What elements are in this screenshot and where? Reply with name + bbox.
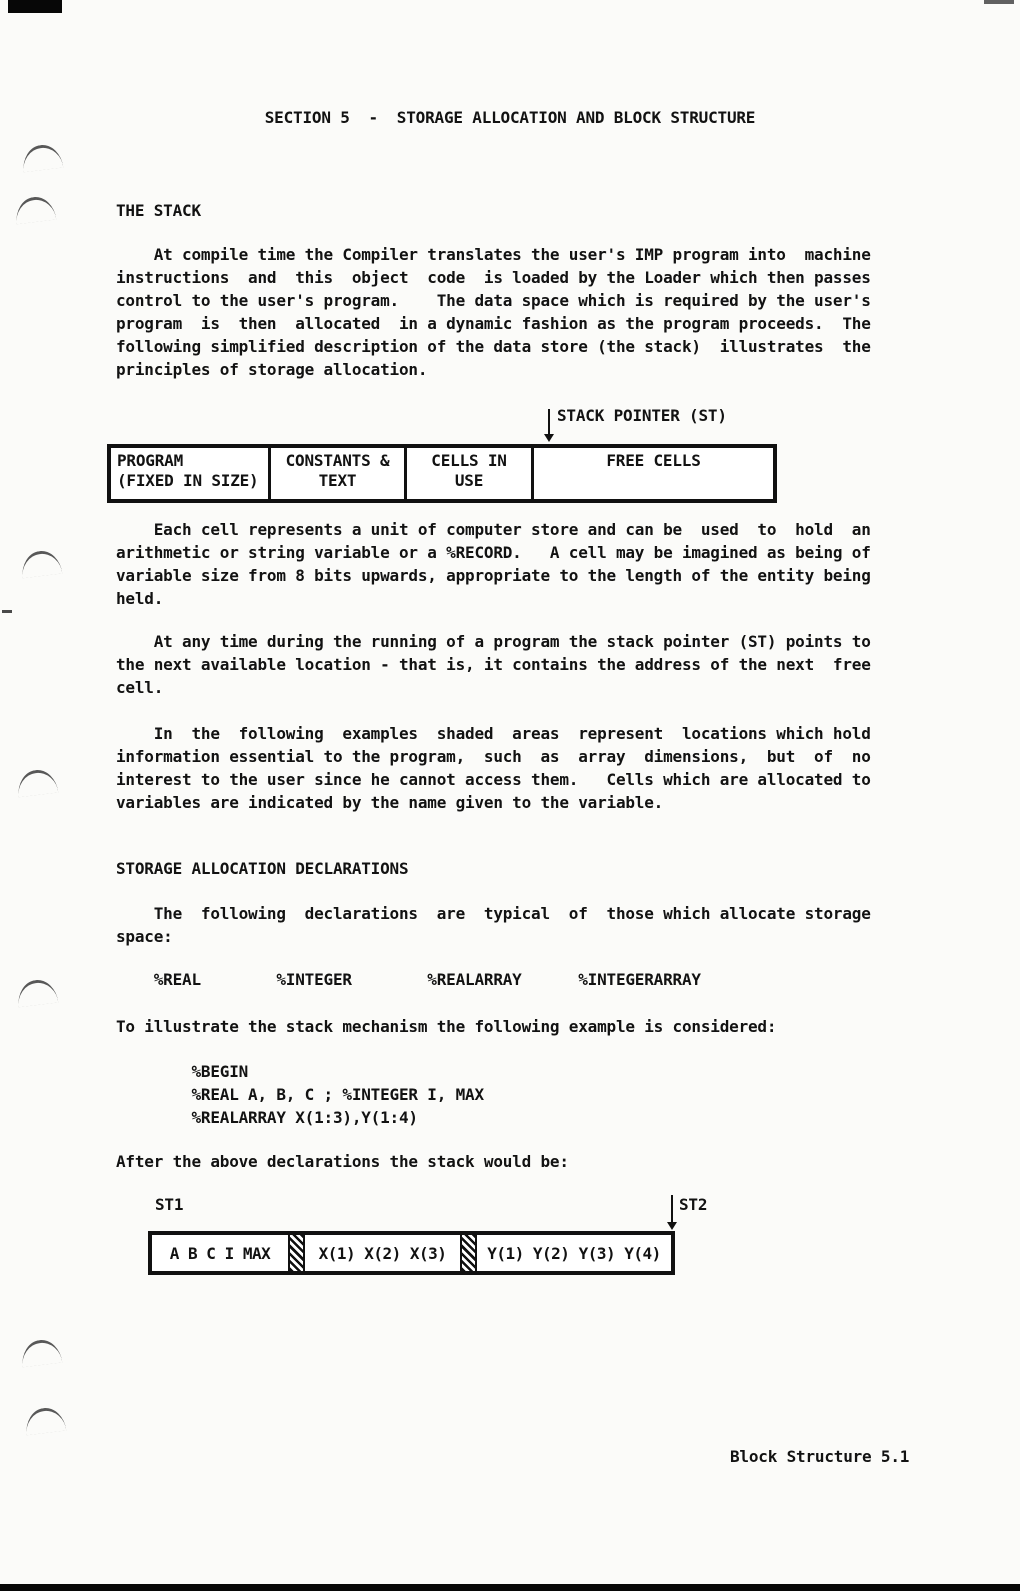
paragraph-each-cell: Each cell represents a unit of computer … [116, 518, 871, 610]
paragraph-to-illustrate: To illustrate the stack mechanism the fo… [116, 1015, 776, 1038]
scan-artifact-arc [16, 978, 59, 1008]
heading-storage-allocation-declarations: STORAGE ALLOCATION DECLARATIONS [116, 857, 408, 880]
scan-artifact-arc [21, 143, 64, 173]
code-block: %BEGIN %REAL A, B, C ; %INTEGER I, MAX %… [116, 1060, 484, 1129]
stack-cell-variables: A B C I MAX [152, 1235, 288, 1271]
scan-artifact-arc [20, 1338, 63, 1368]
paragraph-shaded-areas: In the following examples shaded areas r… [116, 722, 871, 814]
st1-label: ST1 [155, 1193, 183, 1216]
scan-artifact-arc [24, 1406, 67, 1436]
scan-artifact-dash [2, 610, 12, 613]
scan-artifact-arc [16, 768, 59, 798]
table-cell-program: PROGRAM (FIXED IN SIZE) [111, 448, 271, 499]
scan-artifact-arc [20, 549, 63, 579]
scan-artifact-bottom-bar [0, 1584, 1020, 1591]
scan-artifact-arc [14, 195, 57, 225]
table-cell-constants-text: CONSTANTS & TEXT [271, 448, 407, 499]
declarations-line: %REAL %INTEGER %REALARRAY %INTEGERARRAY [116, 968, 701, 991]
table-cell-free-cells: FREE CELLS [534, 448, 773, 499]
paragraph-at-any-time: At any time during the running of a prog… [116, 630, 871, 699]
paragraph-following-declarations: The following declarations are typical o… [116, 902, 871, 948]
memory-layout-table: PROGRAM (FIXED IN SIZE) CONSTANTS & TEXT… [107, 444, 777, 503]
hatched-cell [460, 1235, 477, 1271]
stack-state-diagram: A B C I MAX X(1) X(2) X(3) Y(1) Y(2) Y(3… [148, 1231, 675, 1275]
paragraph-compile-time: At compile time the Compiler translates … [116, 243, 871, 381]
paragraph-after-declarations: After the above declarations the stack w… [116, 1150, 569, 1173]
table-cell-cells-in-use: CELLS IN USE [407, 448, 534, 499]
heading-the-stack: THE STACK [116, 199, 201, 222]
st2-label: ST2 [679, 1193, 707, 1216]
stack-cell-y-array: Y(1) Y(2) Y(3) Y(4) [477, 1235, 671, 1271]
section-title: SECTION 5 - STORAGE ALLOCATION AND BLOCK… [0, 106, 1020, 129]
hatched-cell [288, 1235, 305, 1271]
page-footer: Block Structure 5.1 [730, 1445, 909, 1468]
st2-down-arrow-icon [666, 1195, 678, 1230]
scan-artifact-top-right-smudge [984, 0, 1014, 4]
scanned-document-page: SECTION 5 - STORAGE ALLOCATION AND BLOCK… [0, 0, 1020, 1591]
scan-artifact-top-left-bar [8, 0, 62, 13]
stack-pointer-label: STACK POINTER (ST) [557, 404, 727, 427]
stack-cell-x-array: X(1) X(2) X(3) [305, 1235, 460, 1271]
stack-pointer-down-arrow-icon [543, 409, 555, 442]
